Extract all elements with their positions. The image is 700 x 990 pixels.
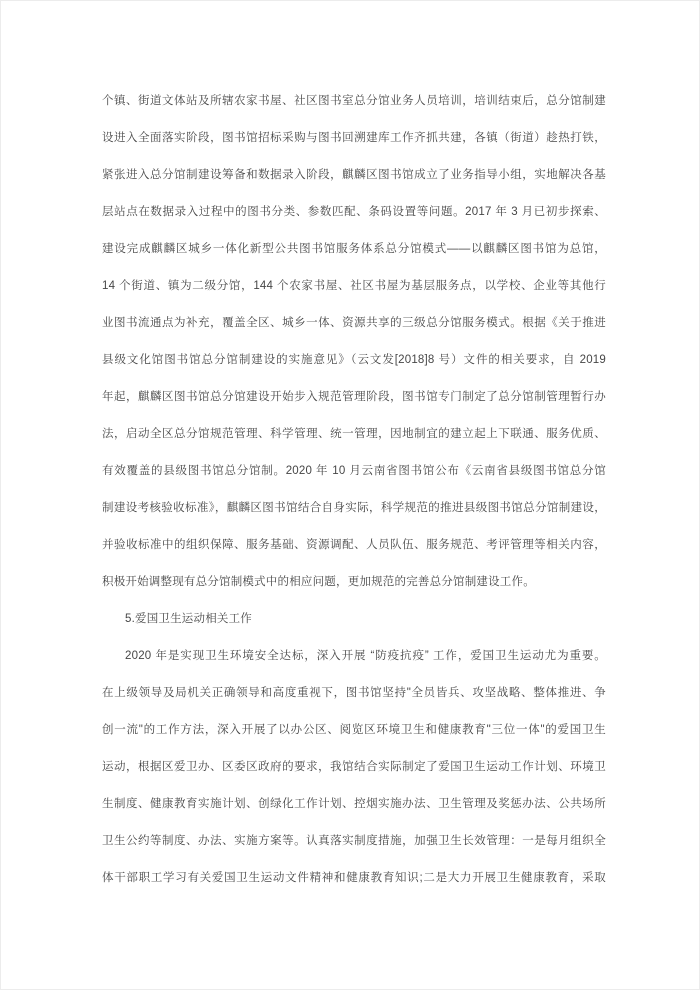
text-line-paragraph-end: 积极开始调整现有总分馆制模式中的相应问题，更加规范的完善总分馆制建设工作。 xyxy=(102,564,606,601)
text-line: 卫生公约等制度、办法、实施方案等。认真落实制度措施，加强卫生长效管理：一是每月组… xyxy=(102,823,606,860)
text-line: 年起，麒麟区图书馆总分馆建设开始步入规范管理阶段，图书馆专门制定了总分馆制管理暂… xyxy=(102,379,606,416)
text-line: 个镇、街道文体站及所辖农家书屋、社区图书室总分馆业务人员培训，培训结束后，总分馆… xyxy=(102,83,606,120)
text-line-paragraph-start: 2020 年是实现卫生环境安全达标，深入开展 “防疫抗疫” 工作，爱国卫生运动尤… xyxy=(102,638,606,675)
text-line: 设进入全面落实阶段，图书馆招标采购与图书回溯建库工作齐抓共建，各镇（街道）趁热打… xyxy=(102,120,606,157)
text-line: 运动，根据区爱卫办、区委区政府的要求，我馆结合实际制定了爱国卫生运动工作计划、环… xyxy=(102,749,606,786)
text-line: 层站点在数据录入过程中的图书分类、参数匹配、条码设置等问题。2017 年 3 月… xyxy=(102,194,606,231)
section-heading: 5.爱国卫生运动相关工作 xyxy=(102,601,606,638)
document-body-text: 个镇、街道文体站及所辖农家书屋、社区图书室总分馆业务人员培训，培训结束后，总分馆… xyxy=(102,83,606,897)
text-line: 建设完成麒麟区城乡一体化新型公共图书馆服务体系总分馆模式——以麒麟区图书馆为总馆… xyxy=(102,231,606,268)
text-line: 紧张进入总分馆制建设筹备和数据录入阶段，麒麟区图书馆成立了业务指导小组，实地解决… xyxy=(102,157,606,194)
text-line: 县级文化馆图书馆总分馆制建设的实施意见》（云文发[2018]8 号）文件的相关要… xyxy=(102,342,606,379)
text-line: 在上级领导及局机关正确领导和高度重视下，图书馆坚持"全员皆兵、攻坚战略、整体推进… xyxy=(102,675,606,712)
text-line: 体干部职工学习有关爱国卫生运动文件精神和健康教育知识;二是大力开展卫生健康教育，… xyxy=(102,860,606,897)
text-line: 制建设考核验收标准》，麒麟区图书馆结合自身实际，科学规范的推进县级图书馆总分馆制… xyxy=(102,490,606,527)
text-line: 业图书流通点为补充，覆盖全区、城乡一体、资源共享的三级总分馆服务模式。根据《关于… xyxy=(102,305,606,342)
text-line: 法，启动全区总分馆规范管理、科学管理、统一管理，因地制宜的建立起上下联通、服务优… xyxy=(102,416,606,453)
text-line: 生制度、健康教育实施计划、创绿化工作计划、控烟实施办法、卫生管理及奖惩办法、公共… xyxy=(102,786,606,823)
text-line: 有效覆盖的县级图书馆总分馆制。2020 年 10 月云南省图书馆公布《云南省县级… xyxy=(102,453,606,490)
text-line: 14 个街道、镇为二级分馆，144 个农家书屋、社区书屋为基层服务点，以学校、企… xyxy=(102,268,606,305)
document-page: 个镇、街道文体站及所辖农家书屋、社区图书室总分馆业务人员培训，培训结束后，总分馆… xyxy=(0,0,700,990)
text-line: 并验收标准中的组织保障、服务基础、资源调配、人员队伍、服务规范、考评管理等相关内… xyxy=(102,527,606,564)
text-line: 创一流"的工作方法，深入开展了以办公区、阅览区环境卫生和健康教育"三位一体"的爱… xyxy=(102,712,606,749)
